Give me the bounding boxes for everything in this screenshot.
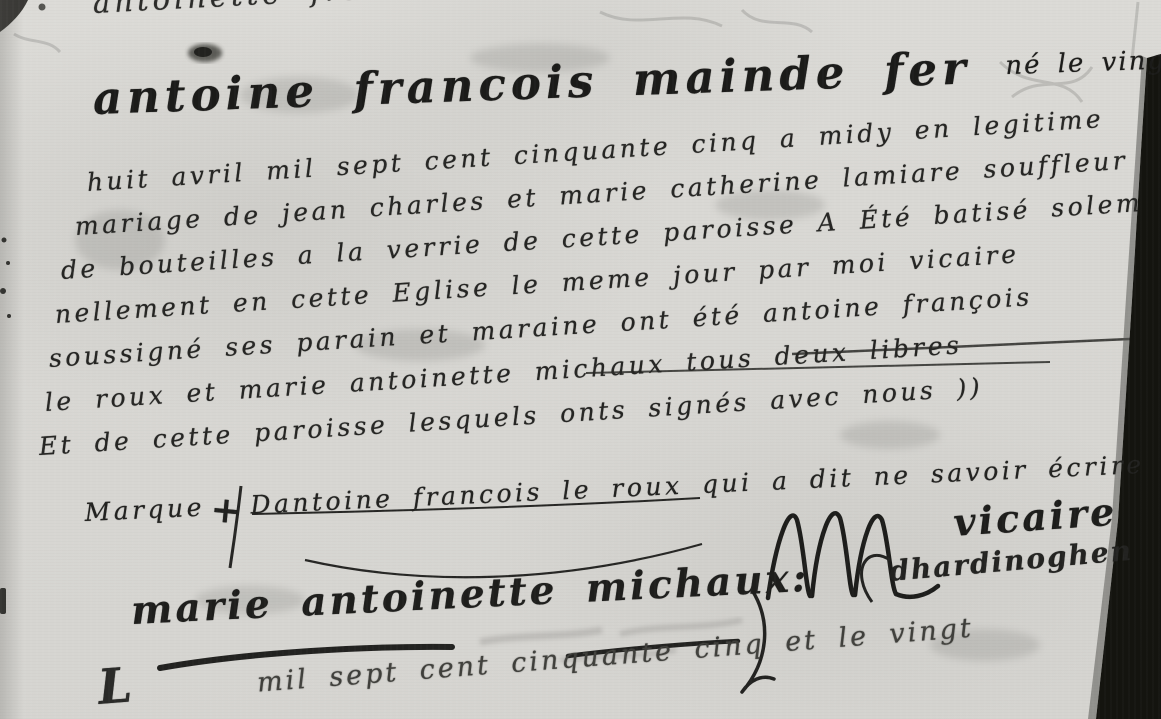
corner-ink-mark	[0, 0, 46, 32]
marque-cross-mark: +	[211, 504, 245, 517]
left-edge-shadow	[0, 0, 26, 719]
place-flourish	[862, 555, 890, 602]
child-name: antoine francois mainde fer	[92, 41, 972, 125]
vicar-place: dhardinoghen	[888, 534, 1134, 588]
birth-phrase: né le vingt	[1005, 45, 1161, 81]
register-scan-page: antoinette francoise antoine francois ma…	[0, 0, 1161, 719]
ink-smudge	[188, 44, 222, 62]
left-edge-specks	[0, 238, 11, 615]
next-record-initial: L	[96, 657, 134, 715]
next-record-text: mil sept cent cinquante cinq et le vingt	[256, 613, 975, 699]
previous-record-tail-line: antoinette francoise	[92, 0, 483, 20]
marque-label: Marque	[84, 493, 206, 527]
